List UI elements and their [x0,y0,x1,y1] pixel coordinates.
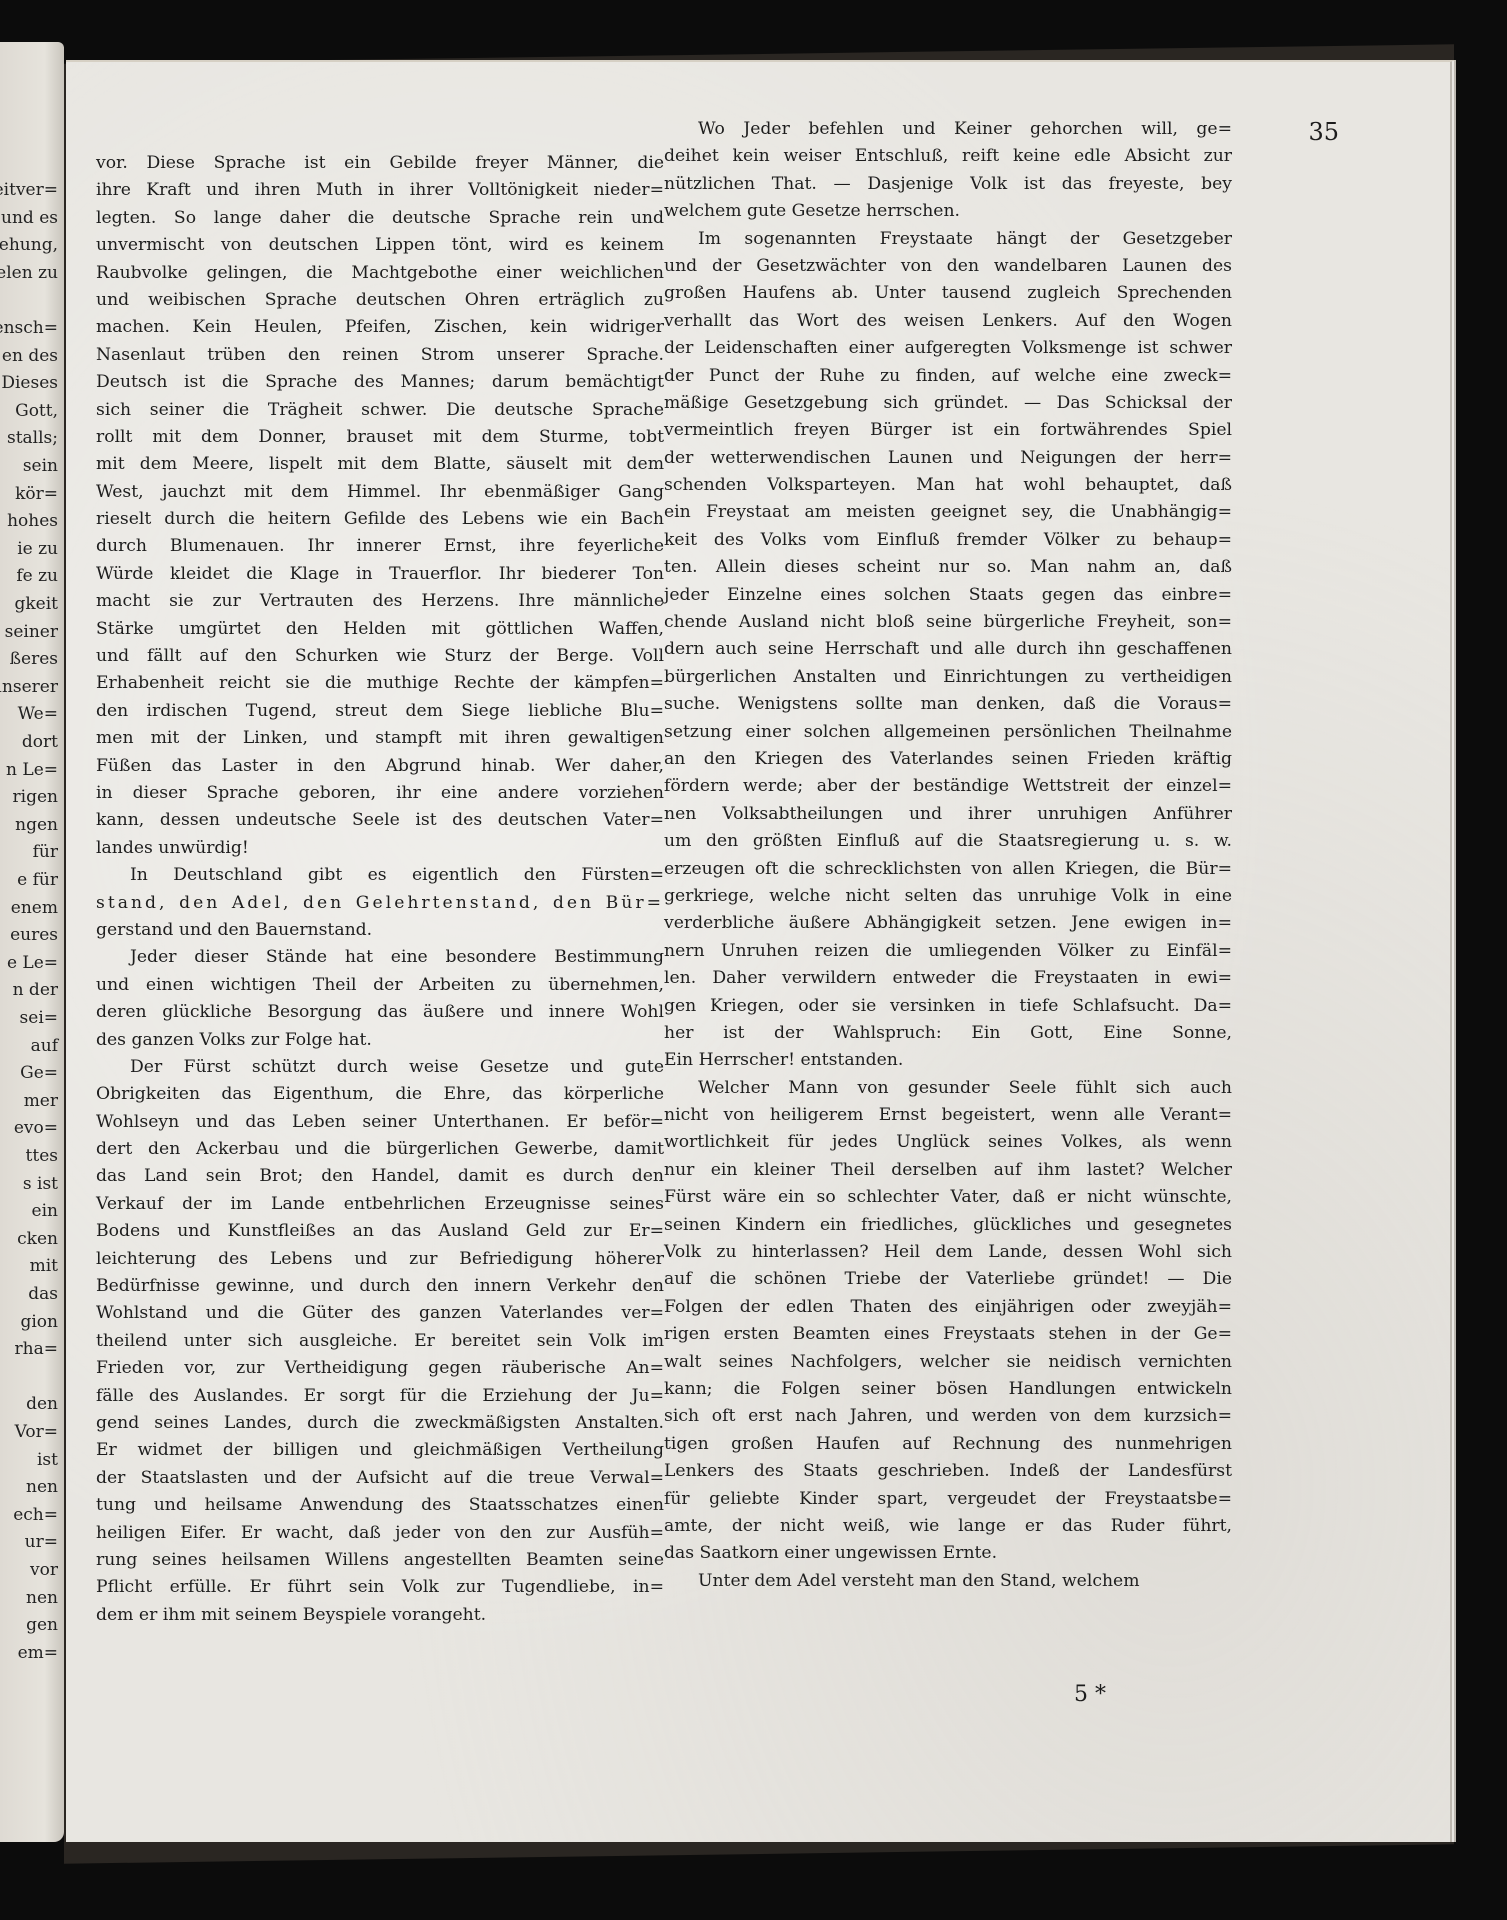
text-line: Wohlstand und die Güter des ganzen Vater… [96,1300,664,1327]
left-page-fragment: und es [1,208,58,228]
text-line: Folgen der edlen Thaten des einjährigen … [664,1294,1232,1321]
left-page-fragment: em= [18,1643,58,1663]
text-line: der wetterwendischen Launen und Neigunge… [664,445,1232,472]
text-line: der Leidenschaften einer aufgeregten Vol… [664,335,1232,362]
text-line: ein Freystaat am meisten geeignet sey, d… [664,499,1232,526]
left-page-fragment: ist [37,1450,58,1470]
text-line: des ganzen Volks zur Folge hat. [96,1027,664,1054]
left-page-fragment: mer [24,1091,58,1111]
left-page-fragment: kör= [15,484,58,504]
text-line: Welcher Mann von gesunder Seele fühlt si… [664,1075,1232,1102]
text-line: Jeder dieser Stände hat eine besondere B… [96,944,664,971]
left-page-fragment: ie zu [17,539,58,559]
text-line: jeder Einzelne eines solchen Staats gege… [664,582,1232,609]
left-page-fragment: sein [23,456,58,476]
text-line: Verkauf der im Lande entbehrlichen Erzeu… [96,1191,664,1218]
text-line: keit des Volks vom Einfluß fremder Völke… [664,527,1232,554]
text-line: mit dem Meere, lispelt mit dem Blatte, s… [96,451,664,478]
left-page-fragment: ein [32,1201,58,1221]
left-page-fragment: rigen [13,787,58,807]
text-line: suche. Wenigstens sollte man denken, daß… [664,691,1232,718]
left-page-fragment: für [33,842,58,862]
text-line: men mit der Linken, und stampft mit ihre… [96,725,664,752]
text-line: sich oft erst nach Jahren, und werden vo… [664,1403,1232,1430]
text-line: verhallt das Wort des weisen Lenkers. Au… [664,308,1232,335]
left-page-fragment: seiner [5,622,58,642]
text-line: dem er ihm mit seinem Beyspiele vorangeh… [96,1602,664,1629]
text-line: len. Daher verwildern entweder die Freys… [664,965,1232,992]
signature-mark: 5 * [1074,1682,1106,1707]
text-line: setzung einer solchen allgemeinen persön… [664,719,1232,746]
text-line: dert den Ackerbau und die bürgerlichen G… [96,1136,664,1163]
left-page-fragment: auf [31,1036,58,1056]
text-line: der Punct der Ruhe zu finden, auf welche… [664,363,1232,390]
left-page-fragment: sei= [20,1008,58,1028]
text-line: vor. Diese Sprache ist ein Gebilde freye… [96,150,664,177]
text-line: Erhabenheit reicht sie die muthige Recht… [96,670,664,697]
text-line: tung und heilsame Anwendung des Staatssc… [96,1492,664,1519]
text-line: legten. So lange daher die deutsche Spra… [96,205,664,232]
left-page-fragment: n der [13,980,58,1000]
text-line: Würde kleidet die Klage in Trauerflor. I… [96,561,664,588]
text-line: in dieser Sprache geboren, ihr eine ande… [96,780,664,807]
left-page-fragment: Dieses [1,373,58,393]
text-line: rigen ersten Beamten eines Freystaats st… [664,1321,1232,1348]
text-line: seinen Kindern ein friedliches, glücklic… [664,1212,1232,1239]
text-line: durch Blumenauen. Ihr innerer Ernst, ihr… [96,533,664,560]
text-line: Wo Jeder befehlen und Keiner gehorchen w… [664,116,1232,143]
text-line: dern auch seine Herrschaft und alle durc… [664,636,1232,663]
page-number: 35 [1308,118,1339,146]
left-page-fragment: dort [22,732,58,752]
left-page-fragment: s ist [23,1174,58,1194]
text-line: wortlichkeit für jedes Unglück seines Vo… [664,1129,1232,1156]
text-line: amte, der nicht weiß, wie lange er das R… [664,1513,1232,1540]
text-line: vermeintlich freyen Bürger ist ein fortw… [664,417,1232,444]
text-line: Wohlseyn und das Leben seiner Unterthane… [96,1109,664,1136]
text-line: um den größten Einfluß auf die Staatsreg… [664,828,1232,855]
text-line: Im sogenannten Freystaate hängt der Gese… [664,226,1232,253]
text-line: welchem gute Gesetze herrschen. [664,198,1232,225]
text-line: nützlichen That. — Dasjenige Volk ist da… [664,171,1232,198]
left-page-fragment: das [28,1284,58,1304]
left-page-fragment: Mensch= [0,318,58,338]
left-page-fragment: enem [11,898,58,918]
text-line: stand, den Adel, den Gelehrtenstand, den… [96,890,664,917]
left-page-fragment: Zeitver= [0,180,58,200]
text-line: für geliebte Kinder spart, vergeudet der… [664,1486,1232,1513]
left-page-fragment: Vor= [15,1422,58,1442]
left-page-fragment: ngen [15,815,58,835]
text-line: ihre Kraft und ihren Muth in ihrer Vollt… [96,177,664,204]
left-page-fragment: en des [2,346,58,366]
text-line: Ein Herrscher! entstanden. [664,1047,1232,1074]
left-page-fragment: elen zu [0,263,58,283]
text-line: nen Volksabtheilungen und ihrer unruhige… [664,801,1232,828]
text-line: Fürst wäre ein so schlechter Vater, daß … [664,1184,1232,1211]
text-line: leichterung des Lebens und zur Befriedig… [96,1246,664,1273]
text-line: schenden Volksparteyen. Man hat wohl beh… [664,472,1232,499]
left-page-fragment: nen [26,1477,58,1497]
text-line: Pflicht erfülle. Er führt sein Volk zur … [96,1574,664,1601]
text-line: erzeugen oft die schrecklichsten von all… [664,856,1232,883]
text-line: gerstand und den Bauernstand. [96,917,664,944]
left-page-fragment: den [26,1394,58,1414]
text-line: tigen großen Haufen auf Rechnung des nun… [664,1431,1232,1458]
text-line: und der Gesetzwächter von den wandelbare… [664,253,1232,280]
left-page-fragment: Gott, [15,401,58,421]
left-page-fragment: gkeit [14,594,58,614]
text-line: sich seiner die Trägheit schwer. Die deu… [96,397,664,424]
text-line: auf die schönen Triebe der Vaterliebe gr… [664,1266,1232,1293]
text-line: das Land sein Brot; den Handel, damit es… [96,1163,664,1190]
text-line: machen. Kein Heulen, Pfeifen, Zischen, k… [96,314,664,341]
left-page-fragment: e für [17,870,58,890]
left-page-fragment: evo= [14,1118,58,1138]
text-line: und einen wichtigen Theil der Arbeiten z… [96,972,664,999]
text-line: Er widmet der billigen und gleichmäßigen… [96,1437,664,1464]
text-line: verderbliche äußere Abhängigkeit setzen.… [664,910,1232,937]
text-line: nur ein kleiner Theil derselben auf ihm … [664,1157,1232,1184]
text-line: nern Unruhen reizen die umliegenden Völk… [664,938,1232,965]
text-line: Füßen das Laster in den Abgrund hinab. W… [96,753,664,780]
text-column-left: vor. Diese Sprache ist ein Gebilde freye… [96,150,664,1629]
text-line: chende Ausland nicht bloß seine bürgerli… [664,609,1232,636]
left-page-fragment: ßeres [10,649,58,669]
text-line: kann, dessen undeutsche Seele ist des de… [96,807,664,834]
left-page-fragment: ehung, [0,235,58,255]
left-page-fragment: stalls; [7,428,58,448]
text-line: gerkriege, welche nicht selten das unruh… [664,883,1232,910]
left-page-fragment: gen [26,1615,58,1635]
left-page-fragment: ttes [26,1146,58,1166]
text-line: das Saatkorn einer ungewissen Ernte. [664,1540,1232,1567]
text-line: unvermischt von deutschen Lippen tönt, w… [96,232,664,259]
text-line: deihet kein weiser Entschluß, reift kein… [664,143,1232,170]
left-page-fragment: eures [10,925,58,945]
text-line: West, jauchzt mit dem Himmel. Ihr ebenmä… [96,479,664,506]
text-line: Deutsch ist die Sprache des Mannes; daru… [96,369,664,396]
left-page-fragment: gion [20,1312,58,1332]
left-page-fragment: nen [26,1588,58,1608]
text-line: ten. Allein dieses scheint nur so. Man n… [664,554,1232,581]
text-line: gend seines Landes, durch die zweckmäßig… [96,1410,664,1437]
left-page-fragment: hohes [7,511,58,531]
text-line: her ist der Wahlspruch: Ein Gott, Eine S… [664,1020,1232,1047]
text-line: fälle des Auslandes. Er sorgt für die Er… [96,1383,664,1410]
left-page-fragment: ech= [13,1505,58,1525]
text-line: Bodens und Kunstfleißes an das Ausland G… [96,1218,664,1245]
text-line: Raubvolke gelingen, die Machtgebothe ein… [96,260,664,287]
left-page-fragment: Ge= [20,1063,58,1083]
text-line: und weibischen Sprache deutschen Ohren e… [96,287,664,314]
text-line: Lenkers des Staats geschrieben. Indeß de… [664,1458,1232,1485]
text-line: macht sie zur Vertrauten des Herzens. Ih… [96,588,664,615]
left-page-fragment: rha= [15,1339,58,1359]
text-line: den irdischen Tugend, streut dem Siege l… [96,698,664,725]
text-line: nicht von heiligerem Ernst begeistert, w… [664,1102,1232,1129]
text-line: heiligen Eifer. Er wacht, daß jeder von … [96,1520,664,1547]
text-line: Unter dem Adel versteht man den Stand, w… [664,1568,1232,1595]
text-line: großen Haufens ab. Unter tausend zugleic… [664,280,1232,307]
text-column-right: Wo Jeder befehlen und Keiner gehorchen w… [664,116,1232,1595]
text-line: fördern werde; aber der beständige Wetts… [664,773,1232,800]
text-line: In Deutschland gibt es eigentlich den Fü… [96,862,664,889]
text-line: Volk zu hinterlassen? Heil dem Lande, de… [664,1239,1232,1266]
left-page-fragment: mit [30,1256,58,1276]
text-line: rieselt durch die heitern Gefilde des Le… [96,506,664,533]
text-line: Frieden vor, zur Vertheidigung gegen räu… [96,1355,664,1382]
text-line: Stärke umgürtet den Helden mit göttliche… [96,616,664,643]
left-page-fragment: fe zu [16,566,58,586]
text-line: bürgerlichen Anstalten und Einrichtungen… [664,664,1232,691]
left-page-fragment: e Le= [7,953,58,973]
left-page-fragment: We= [18,704,58,724]
text-line: mäßige Gesetzgebung sich gründet. — Das … [664,390,1232,417]
facing-left-page-edge: Zeitver=und esehung,elen zuMensch=en des… [0,42,64,1842]
text-line: walt seines Nachfolgers, welcher sie nei… [664,1349,1232,1376]
text-line: kann; die Folgen seiner bösen Handlungen… [664,1376,1232,1403]
text-line: rollt mit dem Donner, brauset mit dem St… [96,424,664,451]
text-line: an den Kriegen des Vaterlandes seinen Fr… [664,746,1232,773]
text-line: Bedürfnisse gewinne, und durch den inner… [96,1273,664,1300]
text-line: landes unwürdig! [96,835,664,862]
left-page-fragment: unserer [0,677,58,697]
left-page-fragment: ur= [25,1532,58,1552]
text-line: Obrigkeiten das Eigenthum, die Ehre, das… [96,1081,664,1108]
text-line: Der Fürst schützt durch weise Gesetze un… [96,1054,664,1081]
left-page-fragment: vor [30,1560,58,1580]
text-line: Nasenlaut trüben den reinen Strom unsere… [96,342,664,369]
left-page-fragment: n Le= [6,760,58,780]
text-line: theilend unter sich ausgleiche. Er berei… [96,1328,664,1355]
left-page-fragment: cken [17,1229,58,1249]
text-line: der Staatslasten und der Aufsicht auf di… [96,1465,664,1492]
text-line: deren glückliche Besorgung das äußere un… [96,999,664,1026]
text-line: und fällt auf den Schurken wie Sturz der… [96,643,664,670]
text-line: gen Kriegen, oder sie versinken in tiefe… [664,993,1232,1020]
text-line: rung seines heilsamen Willens angestellt… [96,1547,664,1574]
